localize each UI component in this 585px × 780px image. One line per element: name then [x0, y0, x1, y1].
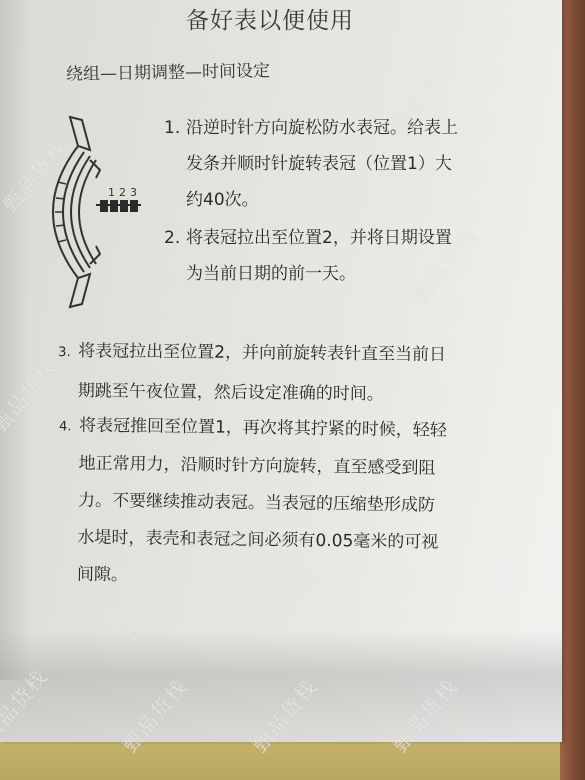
instruction-step-3: 3.将表冠拉出至位置2，并向前旋转表针直至当前日 期跳至午夜位置，然后设定准确的… — [58, 332, 447, 414]
position-label-3: 3 — [130, 186, 137, 199]
photo-scene: 备好表以便使用 绕组—日期调整—时间设定 — [0, 0, 585, 780]
position-label-2: 2 — [119, 186, 126, 199]
step-number: 4. — [59, 408, 80, 445]
step-text-line: 水堤时，表壳和表冠之间必须有0.05毫米的可视 — [57, 519, 445, 561]
step-number: 2. — [164, 220, 186, 256]
hand-holding-page — [560, 0, 585, 780]
step-number: 1. — [164, 110, 186, 146]
step-text-line: 将表冠拉出至位置2，并向前旋转表针直至当前日 — [78, 341, 446, 365]
step-text-line: 发条并顺时针旋转表冠（位置1）大 — [164, 146, 458, 182]
step-text-line: 间隙。 — [57, 556, 445, 598]
step-text-line: 力。不要继续推动表冠。当表冠的压缩垫形成防 — [58, 482, 446, 524]
section-subtitle: 绕组—日期调整—时间设定 — [66, 56, 270, 85]
position-label-1: 1 — [108, 186, 115, 199]
manual-page: 备好表以便使用 绕组—日期调整—时间设定 — [0, 0, 562, 742]
step-text-line: 将表冠拉出至位置2，并将日期设置 — [186, 228, 452, 248]
step-number: 3. — [58, 334, 78, 372]
page-fold-shadow — [0, 0, 30, 680]
step-text-line: 约40次。 — [164, 182, 458, 218]
page-title: 备好表以便使用 — [186, 2, 354, 35]
instruction-step-2: 2.将表冠拉出至位置2，并将日期设置 为当前日期的前一天。 — [164, 220, 452, 292]
instruction-step-4: 4.将表冠推回至位置1，再次将其拧紧的时候，轻轻 地正常用力，沿顺时针方向旋转，… — [57, 407, 447, 598]
step-text-line: 地正常用力，沿顺时针方向旋转，直至感受到阻 — [58, 445, 446, 487]
step-text-line: 将表冠推回至位置1，再次将其拧紧的时候，轻轻 — [79, 416, 447, 441]
